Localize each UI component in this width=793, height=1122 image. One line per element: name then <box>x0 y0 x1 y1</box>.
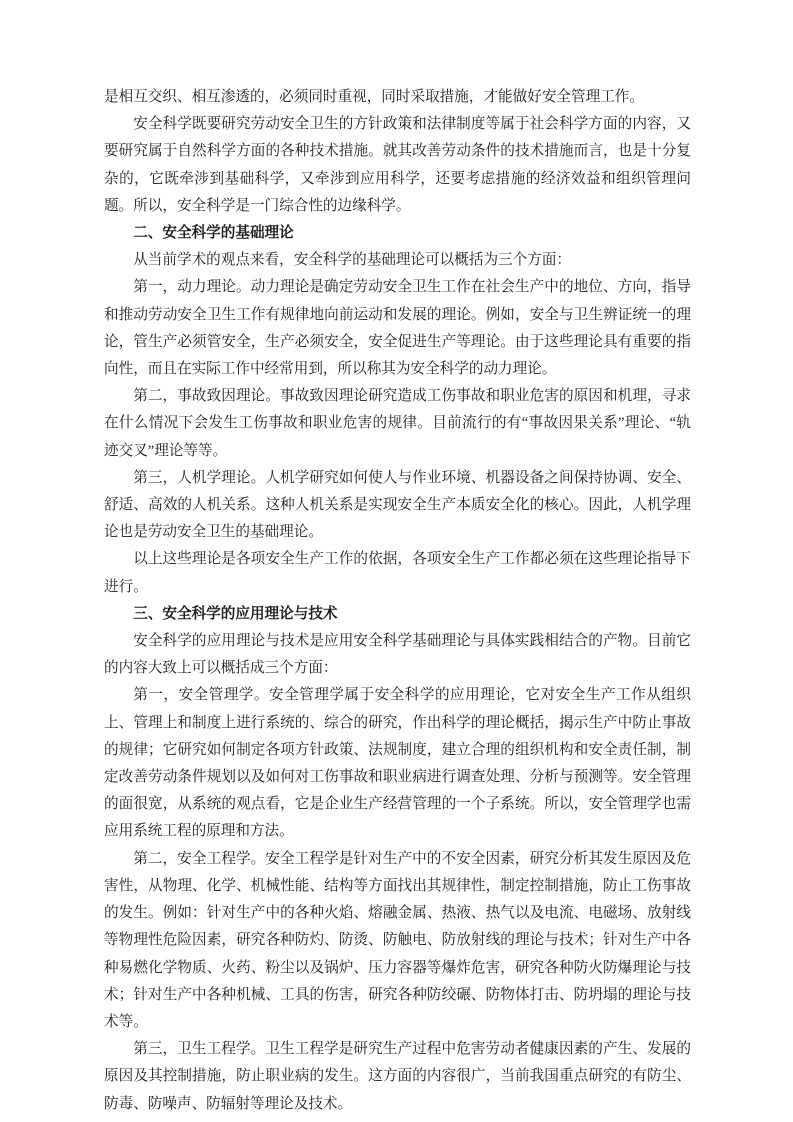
paragraph-continuation: 是相互交织、相互渗透的，必须同时重视，同时采取措施，才能做好安全管理工作。 <box>104 84 691 111</box>
paragraph-safety-management: 第一，安全管理学。安全管理学属于安全科学的应用理论，它对安全生产工作从组织上、管… <box>104 682 691 845</box>
section-heading-applied-theory: 三、安全科学的应用理论与技术 <box>104 601 691 628</box>
paragraph-safety-engineering: 第二，安全工程学。安全工程学是针对生产中的不安全因素，研究分析其发生原因及危害性… <box>104 846 691 1036</box>
paragraph-applied-theory-intro: 安全科学的应用理论与技术是应用安全科学基础理论与具体实践相结合的产物。目前它的内… <box>104 628 691 682</box>
document-page: 是相互交织、相互渗透的，必须同时重视，同时采取措施，才能做好安全管理工作。 安全… <box>0 0 793 1122</box>
document-text-block: 是相互交织、相互渗透的，必须同时重视，同时采取措施，才能做好安全管理工作。 安全… <box>104 84 691 1118</box>
paragraph-theories-basis: 以上这些理论是各项安全生产工作的依据，各项安全生产工作都必须在这些理论指导下进行… <box>104 546 691 600</box>
paragraph-accident-causation-theory: 第二，事故致因理论。事故致因理论研究造成工伤事故和职业危害的原因和机理，寻求在什… <box>104 383 691 465</box>
paragraph-dynamics-theory: 第一，动力理论。动力理论是确定劳动安全卫生工作在社会生产中的地位、方向，指导和推… <box>104 274 691 383</box>
paragraph-health-engineering: 第三，卫生工程学。卫生工程学是研究生产过程中危害劳动者健康因素的产生、发展的原因… <box>104 1036 691 1118</box>
section-heading-basic-theory: 二、安全科学的基础理论 <box>104 220 691 247</box>
paragraph-safety-science-scope: 安全科学既要研究劳动安全卫生的方针政策和法律制度等属于社会科学方面的内容，又要研… <box>104 111 691 220</box>
paragraph-basic-theory-intro: 从当前学术的观点来看，安全科学的基础理论可以概括为三个方面： <box>104 247 691 274</box>
paragraph-ergonomics-theory: 第三，人机学理论。人机学研究如何使人与作业环境、机器设备之间保持协调、安全、舒适… <box>104 465 691 547</box>
